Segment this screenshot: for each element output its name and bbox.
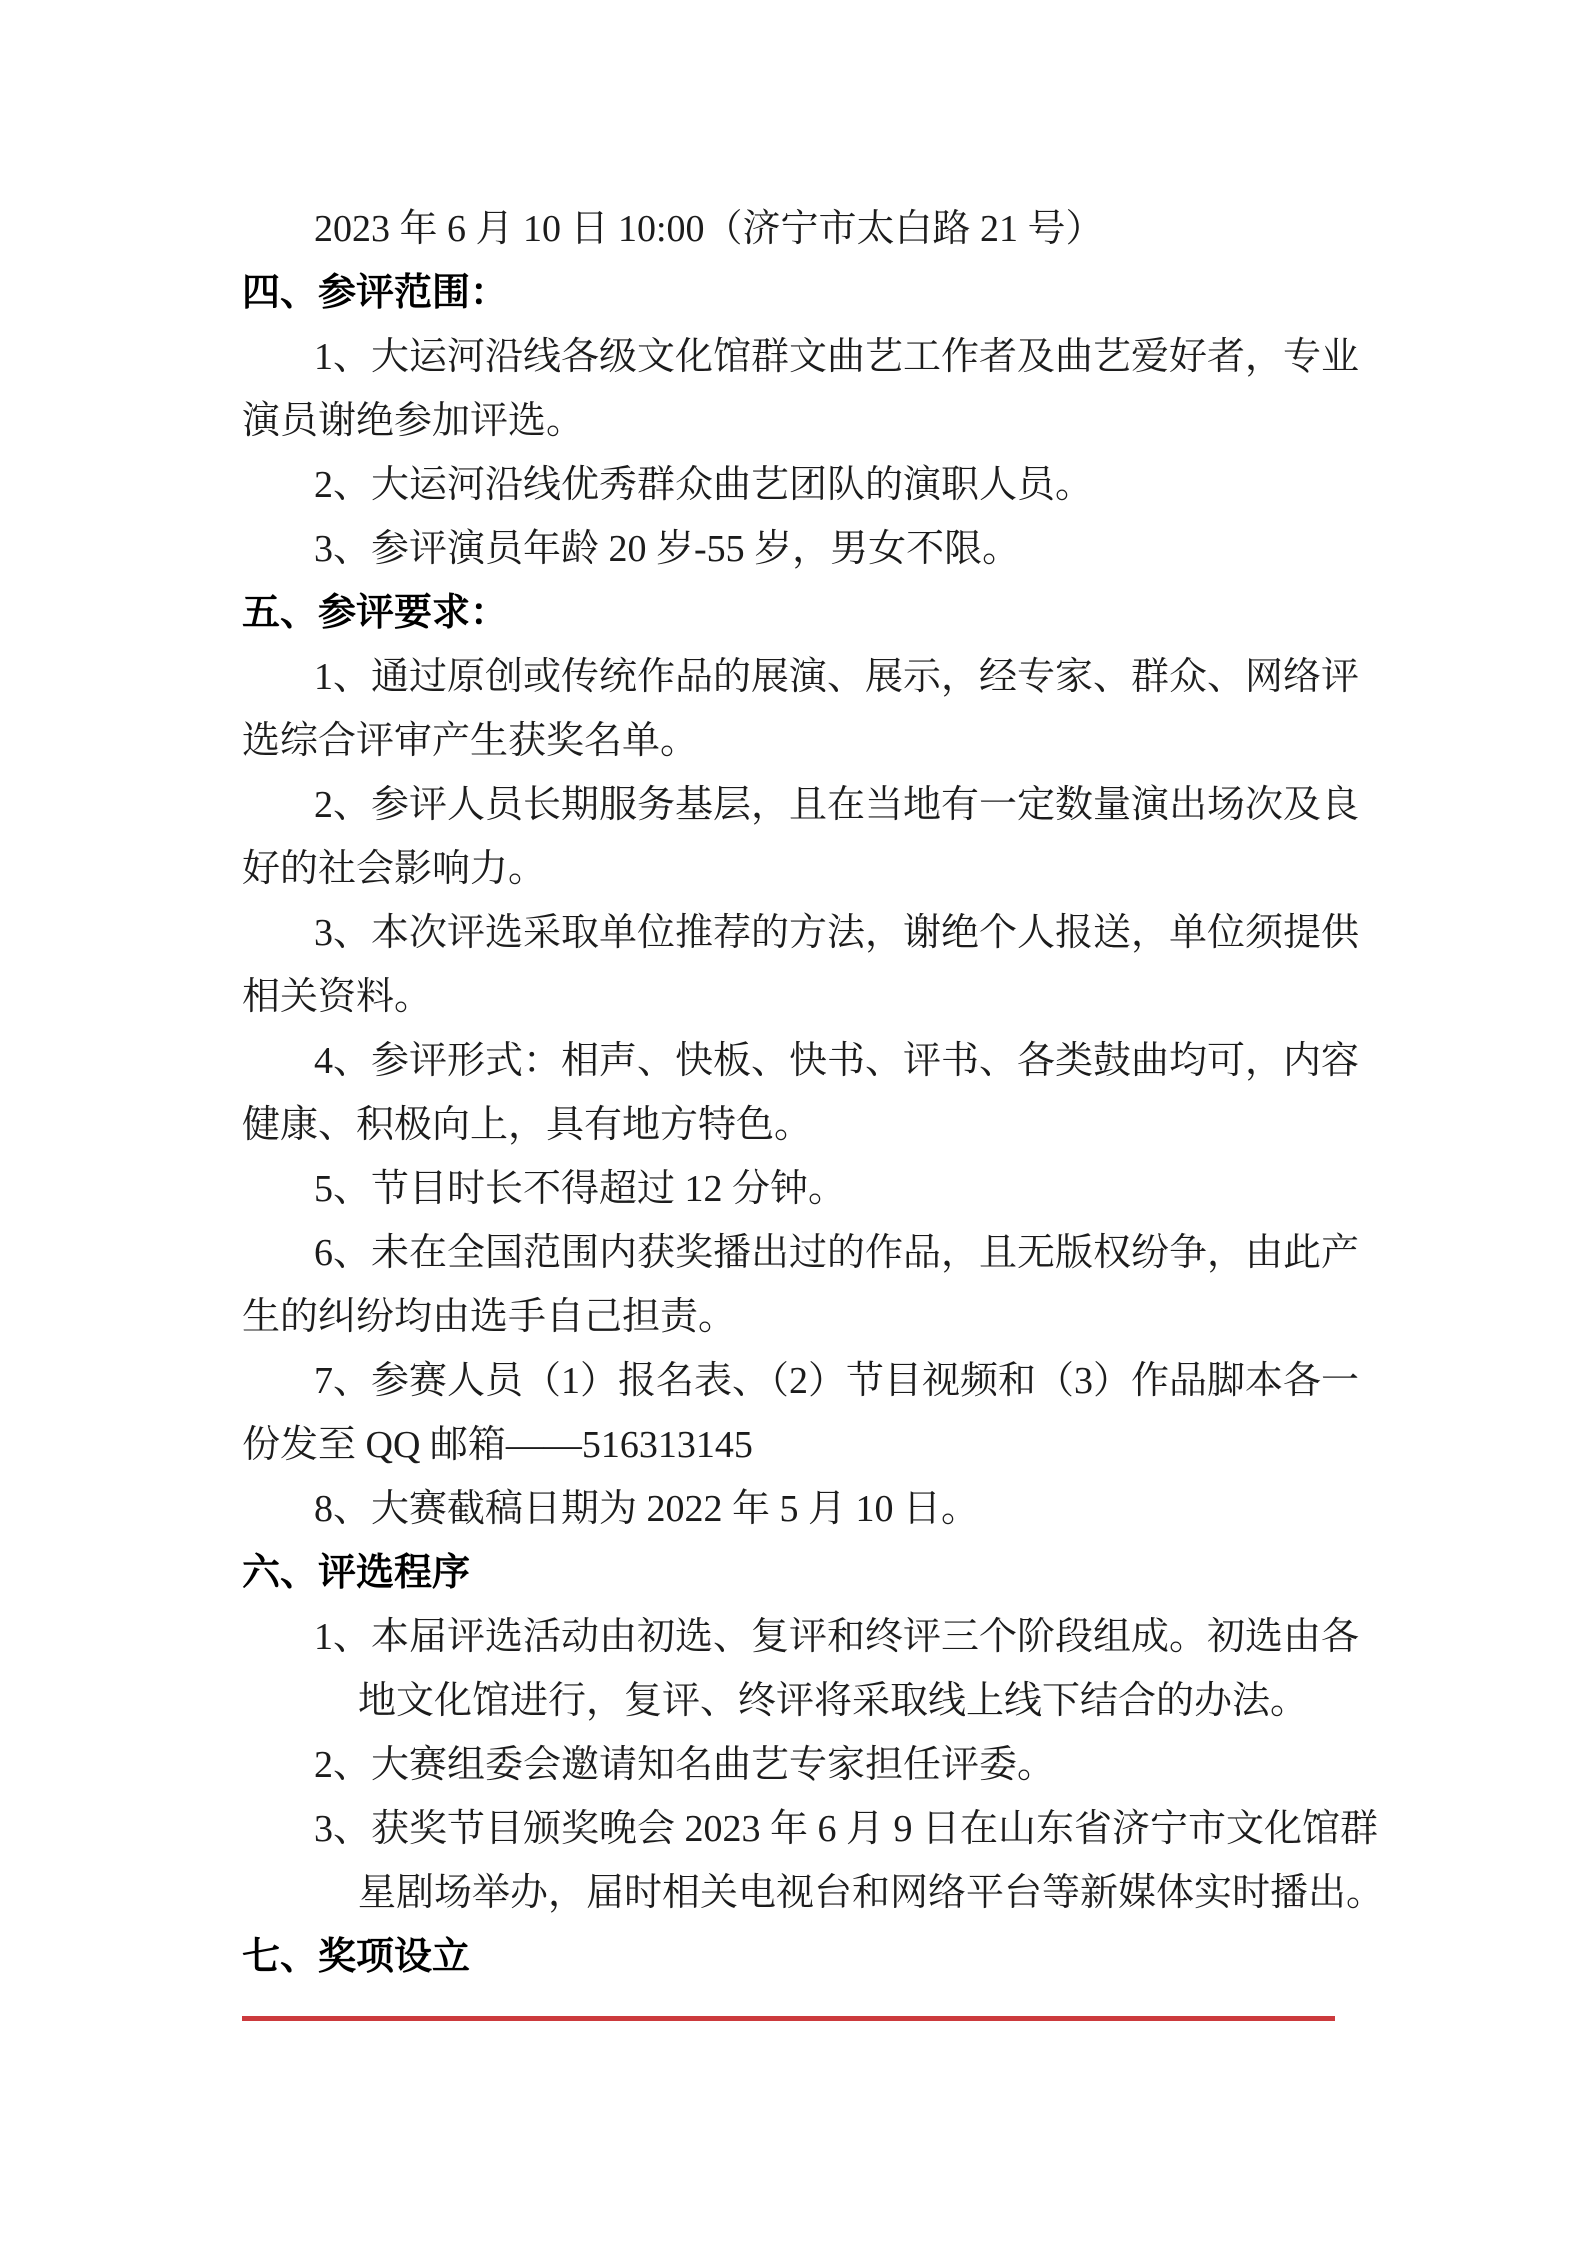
paragraph-line: 1、本届评选活动由初选、复评和终评三个阶段组成。初选由各 bbox=[242, 1605, 1352, 1669]
section-heading: 四、参评范围： bbox=[242, 261, 1352, 325]
paragraph-line: 选综合评审产生获奖名单。 bbox=[242, 709, 1352, 773]
paragraph-line: 演员谢绝参加评选。 bbox=[242, 389, 1352, 453]
paragraph-line: 1、通过原创或传统作品的展演、展示，经专家、群众、网络评 bbox=[242, 645, 1352, 709]
paragraph-line: 2、大赛组委会邀请知名曲艺专家担任评委。 bbox=[242, 1733, 1352, 1797]
paragraph-line: 6、未在全国范围内获奖播出过的作品，且无版权纷争，由此产 bbox=[242, 1221, 1352, 1285]
paragraph-line: 2、大运河沿线优秀群众曲艺团队的演职人员。 bbox=[242, 453, 1352, 517]
section-heading: 五、参评要求： bbox=[242, 581, 1352, 645]
paragraph-line: 2、参评人员长期服务基层，且在当地有一定数量演出场次及良 bbox=[242, 773, 1352, 837]
document-body: 2023 年 6 月 10 日 10:00（济宁市太白路 21 号）四、参评范围… bbox=[242, 197, 1352, 1989]
paragraph-line: 2023 年 6 月 10 日 10:00（济宁市太白路 21 号） bbox=[242, 197, 1352, 261]
paragraph-line: 7、参赛人员（1）报名表、（2）节目视频和（3）作品脚本各一 bbox=[242, 1349, 1352, 1413]
paragraph-line: 3、获奖节目颁奖晚会 2023 年 6 月 9 日在山东省济宁市文化馆群 bbox=[242, 1797, 1352, 1861]
paragraph-line: 相关资料。 bbox=[242, 965, 1352, 1029]
paragraph-line: 8、大赛截稿日期为 2022 年 5 月 10 日。 bbox=[242, 1477, 1352, 1541]
section-heading: 六、评选程序 bbox=[242, 1541, 1352, 1605]
paragraph-line: 3、参评演员年龄 20 岁-55 岁，男女不限。 bbox=[242, 517, 1352, 581]
section-heading: 七、奖项设立 bbox=[242, 1925, 1352, 1989]
paragraph-line: 生的纠纷均由选手自己担责。 bbox=[242, 1285, 1352, 1349]
paragraph-line: 健康、积极向上，具有地方特色。 bbox=[242, 1093, 1352, 1157]
paragraph-line: 星剧场举办，届时相关电视台和网络平台等新媒体实时播出。 bbox=[242, 1861, 1352, 1925]
paragraph-line: 地文化馆进行，复评、终评将采取线上线下结合的办法。 bbox=[242, 1669, 1352, 1733]
paragraph-line: 1、大运河沿线各级文化馆群文曲艺工作者及曲艺爱好者，专业 bbox=[242, 325, 1352, 389]
paragraph-line: 4、参评形式：相声、快板、快书、评书、各类鼓曲均可，内容 bbox=[242, 1029, 1352, 1093]
red-divider-line bbox=[242, 2016, 1335, 2021]
paragraph-line: 好的社会影响力。 bbox=[242, 837, 1352, 901]
paragraph-line: 5、节目时长不得超过 12 分钟。 bbox=[242, 1157, 1352, 1221]
paragraph-line: 份发至 QQ 邮箱——516313145 bbox=[242, 1413, 1352, 1477]
paragraph-line: 3、本次评选采取单位推荐的方法，谢绝个人报送，单位须提供 bbox=[242, 901, 1352, 965]
